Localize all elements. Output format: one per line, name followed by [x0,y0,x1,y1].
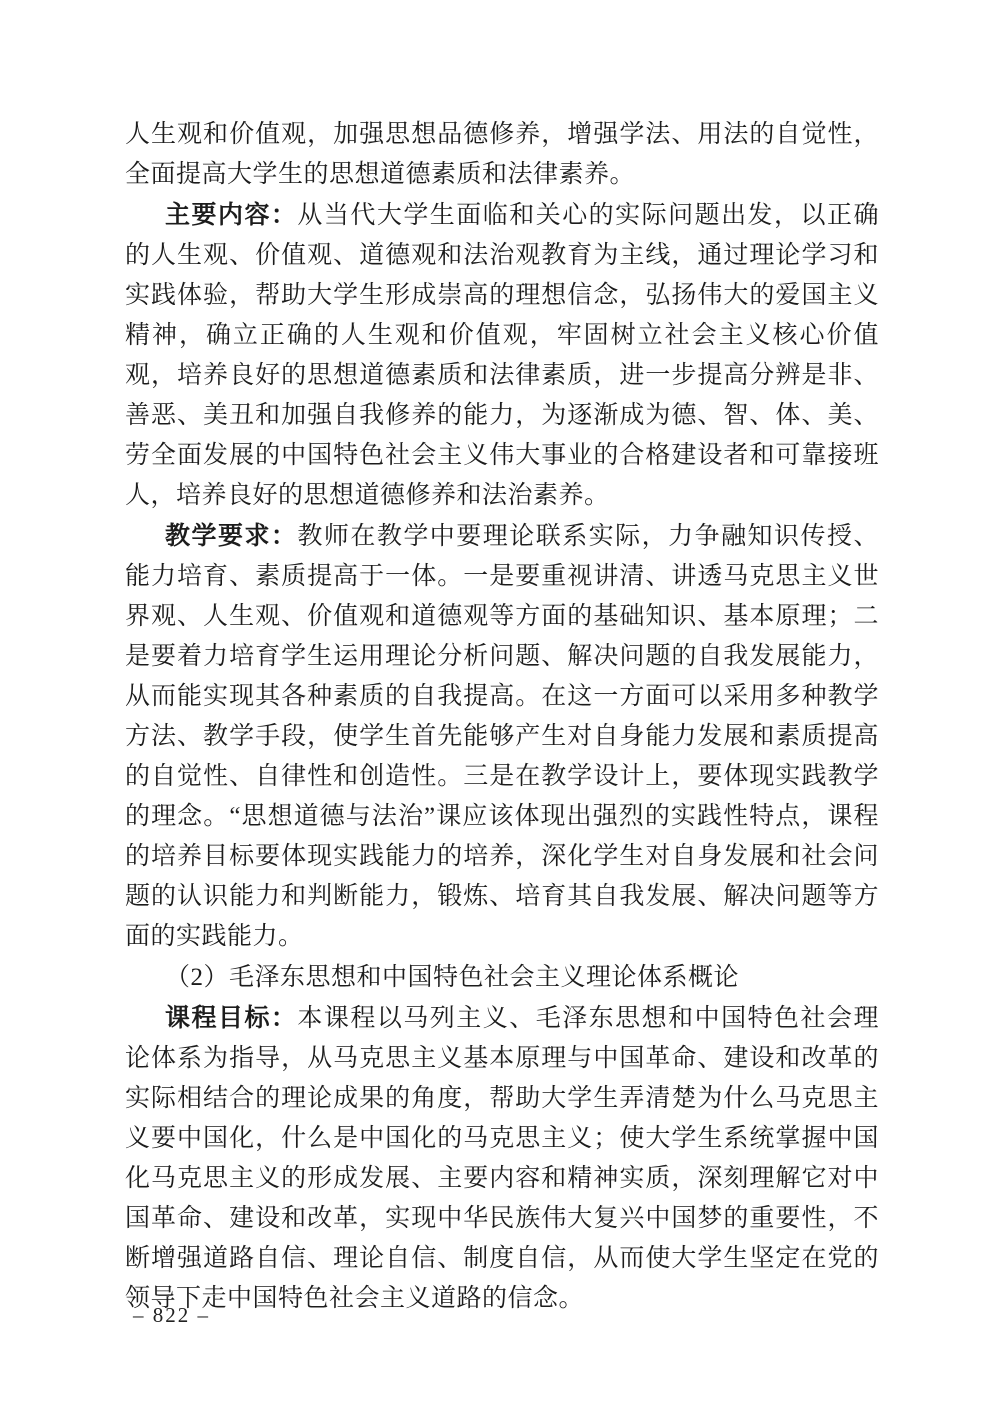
teaching-requirements-paragraph: 教学要求：教师在教学中要理论联系实际，力争融知识传授、能力培育、素质提高于一体。… [125,516,879,957]
paragraph-text: （2）毛泽东思想和中国特色社会主义理论体系概论 [165,964,739,991]
continuation-paragraph: 人生观和价值观，加强思想品德修养，增强学法、用法的自觉性，全面提高大学生的思想道… [125,114,879,195]
main-content-paragraph: 主要内容：从当代大学生面临和关心的实际问题出发，以正确的人生观、价值观、道德观和… [125,195,879,516]
paragraph-text: 本课程以马列主义、毛泽东思想和中国特色社会理论体系为指导，从马克思主义基本原理与… [125,1005,879,1312]
paragraph-text: 教师在教学中要理论联系实际，力争融知识传授、能力培育、素质提高于一体。一是要重视… [125,523,879,950]
paragraph-text: 从当代大学生面临和关心的实际问题出发，以正确的人生观、价值观、道德观和法治观教育… [125,202,879,509]
page-body: 人生观和价值观，加强思想品德修养，增强学法、用法的自觉性，全面提高大学生的思想道… [125,114,879,1319]
section-label-main-content: 主要内容： [165,201,297,229]
course-item-heading: （2）毛泽东思想和中国特色社会主义理论体系概论 [125,957,879,998]
paragraph-text: 人生观和价值观，加强思想品德修养，增强学法、用法的自觉性，全面提高大学生的思想道… [125,121,879,188]
course-objectives-paragraph: 课程目标：本课程以马列主义、毛泽东思想和中国特色社会理论体系为指导，从马克思主义… [125,998,879,1319]
page-number: – 822 – [133,1301,210,1329]
section-label-teaching-requirements: 教学要求： [165,522,297,550]
document-page: 人生观和价值观，加强思想品德修养，增强学法、用法的自觉性，全面提高大学生的思想道… [0,0,1000,1414]
section-label-course-objectives: 课程目标： [165,1004,297,1032]
